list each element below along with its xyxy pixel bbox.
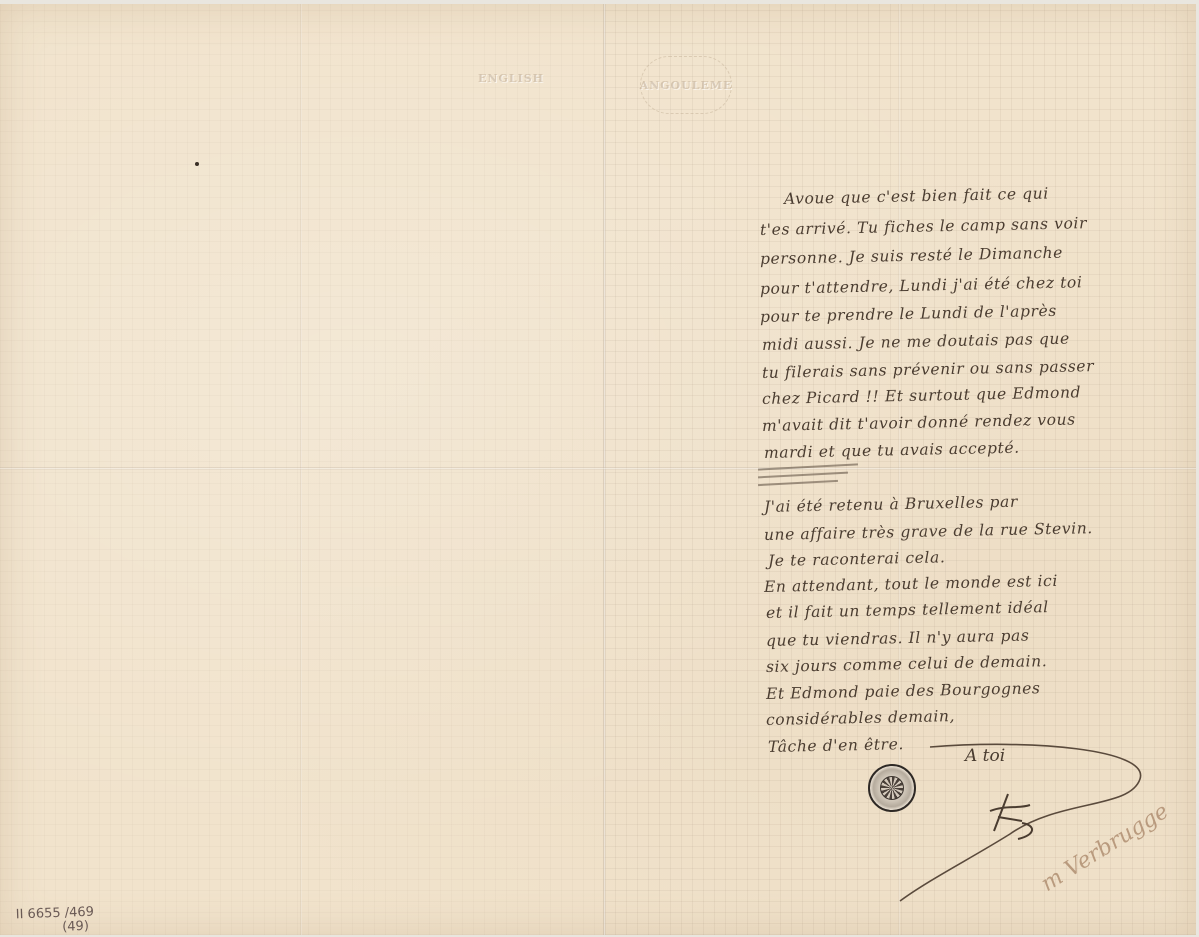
letter-line: Tâche d'en être. bbox=[768, 735, 904, 756]
shelfmark-sub: (49) bbox=[16, 920, 95, 937]
letterhead-emboss-right-text: ANGOULEME bbox=[640, 79, 733, 92]
letterhead-emboss-left: ENGLISH bbox=[478, 72, 544, 85]
ink-speck bbox=[195, 162, 199, 166]
letter-line: Je te raconterai cela. bbox=[768, 548, 946, 570]
svg-text:F.: F. bbox=[997, 834, 1000, 836]
letterhead-emboss-right: ANGOULEME bbox=[640, 56, 732, 114]
lion-emblem-icon bbox=[880, 776, 904, 800]
library-stamp bbox=[868, 764, 916, 812]
signature-flourish-icon: F. bbox=[890, 739, 1150, 909]
shelfmark: II 6655 /469 (49) bbox=[16, 906, 95, 937]
horizontal-crease bbox=[0, 467, 1196, 470]
letter-sheet: ENGLISH ANGOULEME Avoue que c'est bien f… bbox=[0, 4, 1196, 935]
